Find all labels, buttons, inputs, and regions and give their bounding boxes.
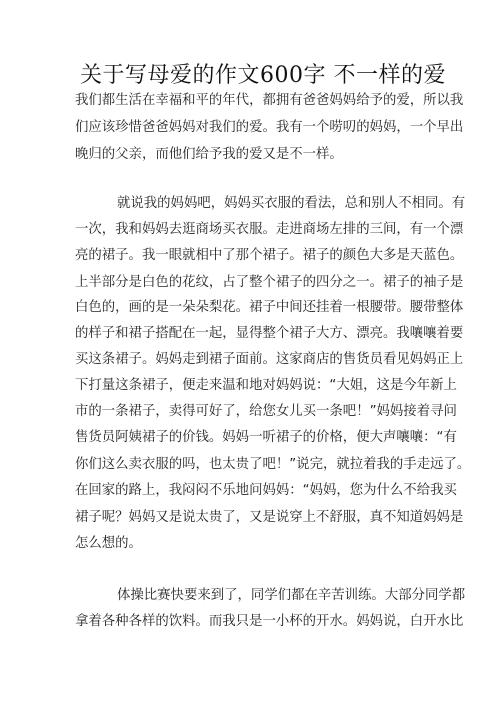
document-page: 关于写母爱的作文600字 不一样的爱 我们都生活在幸福和平的年代，都拥有爸爸妈妈… xyxy=(0,0,500,707)
paragraph-2-line-10: 售货员阿姨裙子的价钱。妈妈一听裙子的价格，便大声嚷嚷：“有 xyxy=(75,429,415,447)
paragraph-2-line-14: 怎么想的。 xyxy=(75,535,415,553)
paragraph-2-line-12: 在回家的路上，我闷闷不乐地问妈妈：“妈妈，您为什么不给我买 xyxy=(75,482,415,500)
paragraph-2-line-1: 就说我的妈妈吧，妈妈买衣服的看法，总和别人不相同。有 xyxy=(117,195,415,213)
paragraph-3-line-2: 拿着各种各样的饮料。而我只是一小杯的开水。妈妈说，白开水比 xyxy=(75,613,415,631)
paragraph-1-line-2: 们应该珍惜爸爸妈妈对我们的爱。我有一个唠叨的妈妈，一个早出 xyxy=(75,119,415,137)
paragraph-2-line-4: 上半部分是白色的花纹，占了整个裙子的四分之一。裙子的袖子是 xyxy=(75,274,415,292)
paragraph-1-line-3: 晚归的父亲，而他们给予我的爱又是不一样。 xyxy=(75,146,415,164)
paragraph-2-line-7: 买这条裙子。妈妈走到裙子面前。这家商店的售货员看见妈妈正上 xyxy=(75,351,415,369)
paragraph-2-line-11: 你们这么卖衣服的吗，也太贵了吧！”说完，就拉着我的手走远了。 xyxy=(75,456,415,474)
paragraph-2-line-5: 白色的，画的是一朵朵梨花。裙子中间还挂着一根腰带。腰带整体 xyxy=(75,299,415,317)
paragraph-2-line-13: 裙子呢？妈妈又是说太贵了，又是说穿上不舒服，真不知道妈妈是 xyxy=(75,509,415,527)
paragraph-2-line-6: 的样子和裙子搭配在一起，显得整个裙子大方、漂亮。我嚷嚷着要 xyxy=(75,325,415,343)
paragraph-3-line-1: 体操比赛快要来到了，同学们都在辛苦训练。大部分同学都 xyxy=(117,587,415,605)
paragraph-2-line-8: 下打量这条裙子，便走来温和地对妈妈说：“大姐，这是今年新上 xyxy=(75,377,415,395)
document-title: 关于写母爱的作文600字 不一样的爱 xyxy=(80,60,420,92)
paragraph-2-line-3: 亮的裙子。我一眼就相中了那个裙子。裙子的颜色大多是天蓝色。 xyxy=(75,247,415,265)
paragraph-2-line-9: 市的一条裙子，卖得可好了，给您女儿买一条吧！”妈妈接着寻问 xyxy=(75,403,415,421)
paragraph-2-line-2: 一次，我和妈妈去逛商场买衣服。走进商场左排的三间，有一个漂 xyxy=(75,221,415,239)
paragraph-1-line-1: 我们都生活在幸福和平的年代，都拥有爸爸妈妈给予的爱，所以我 xyxy=(75,92,415,110)
